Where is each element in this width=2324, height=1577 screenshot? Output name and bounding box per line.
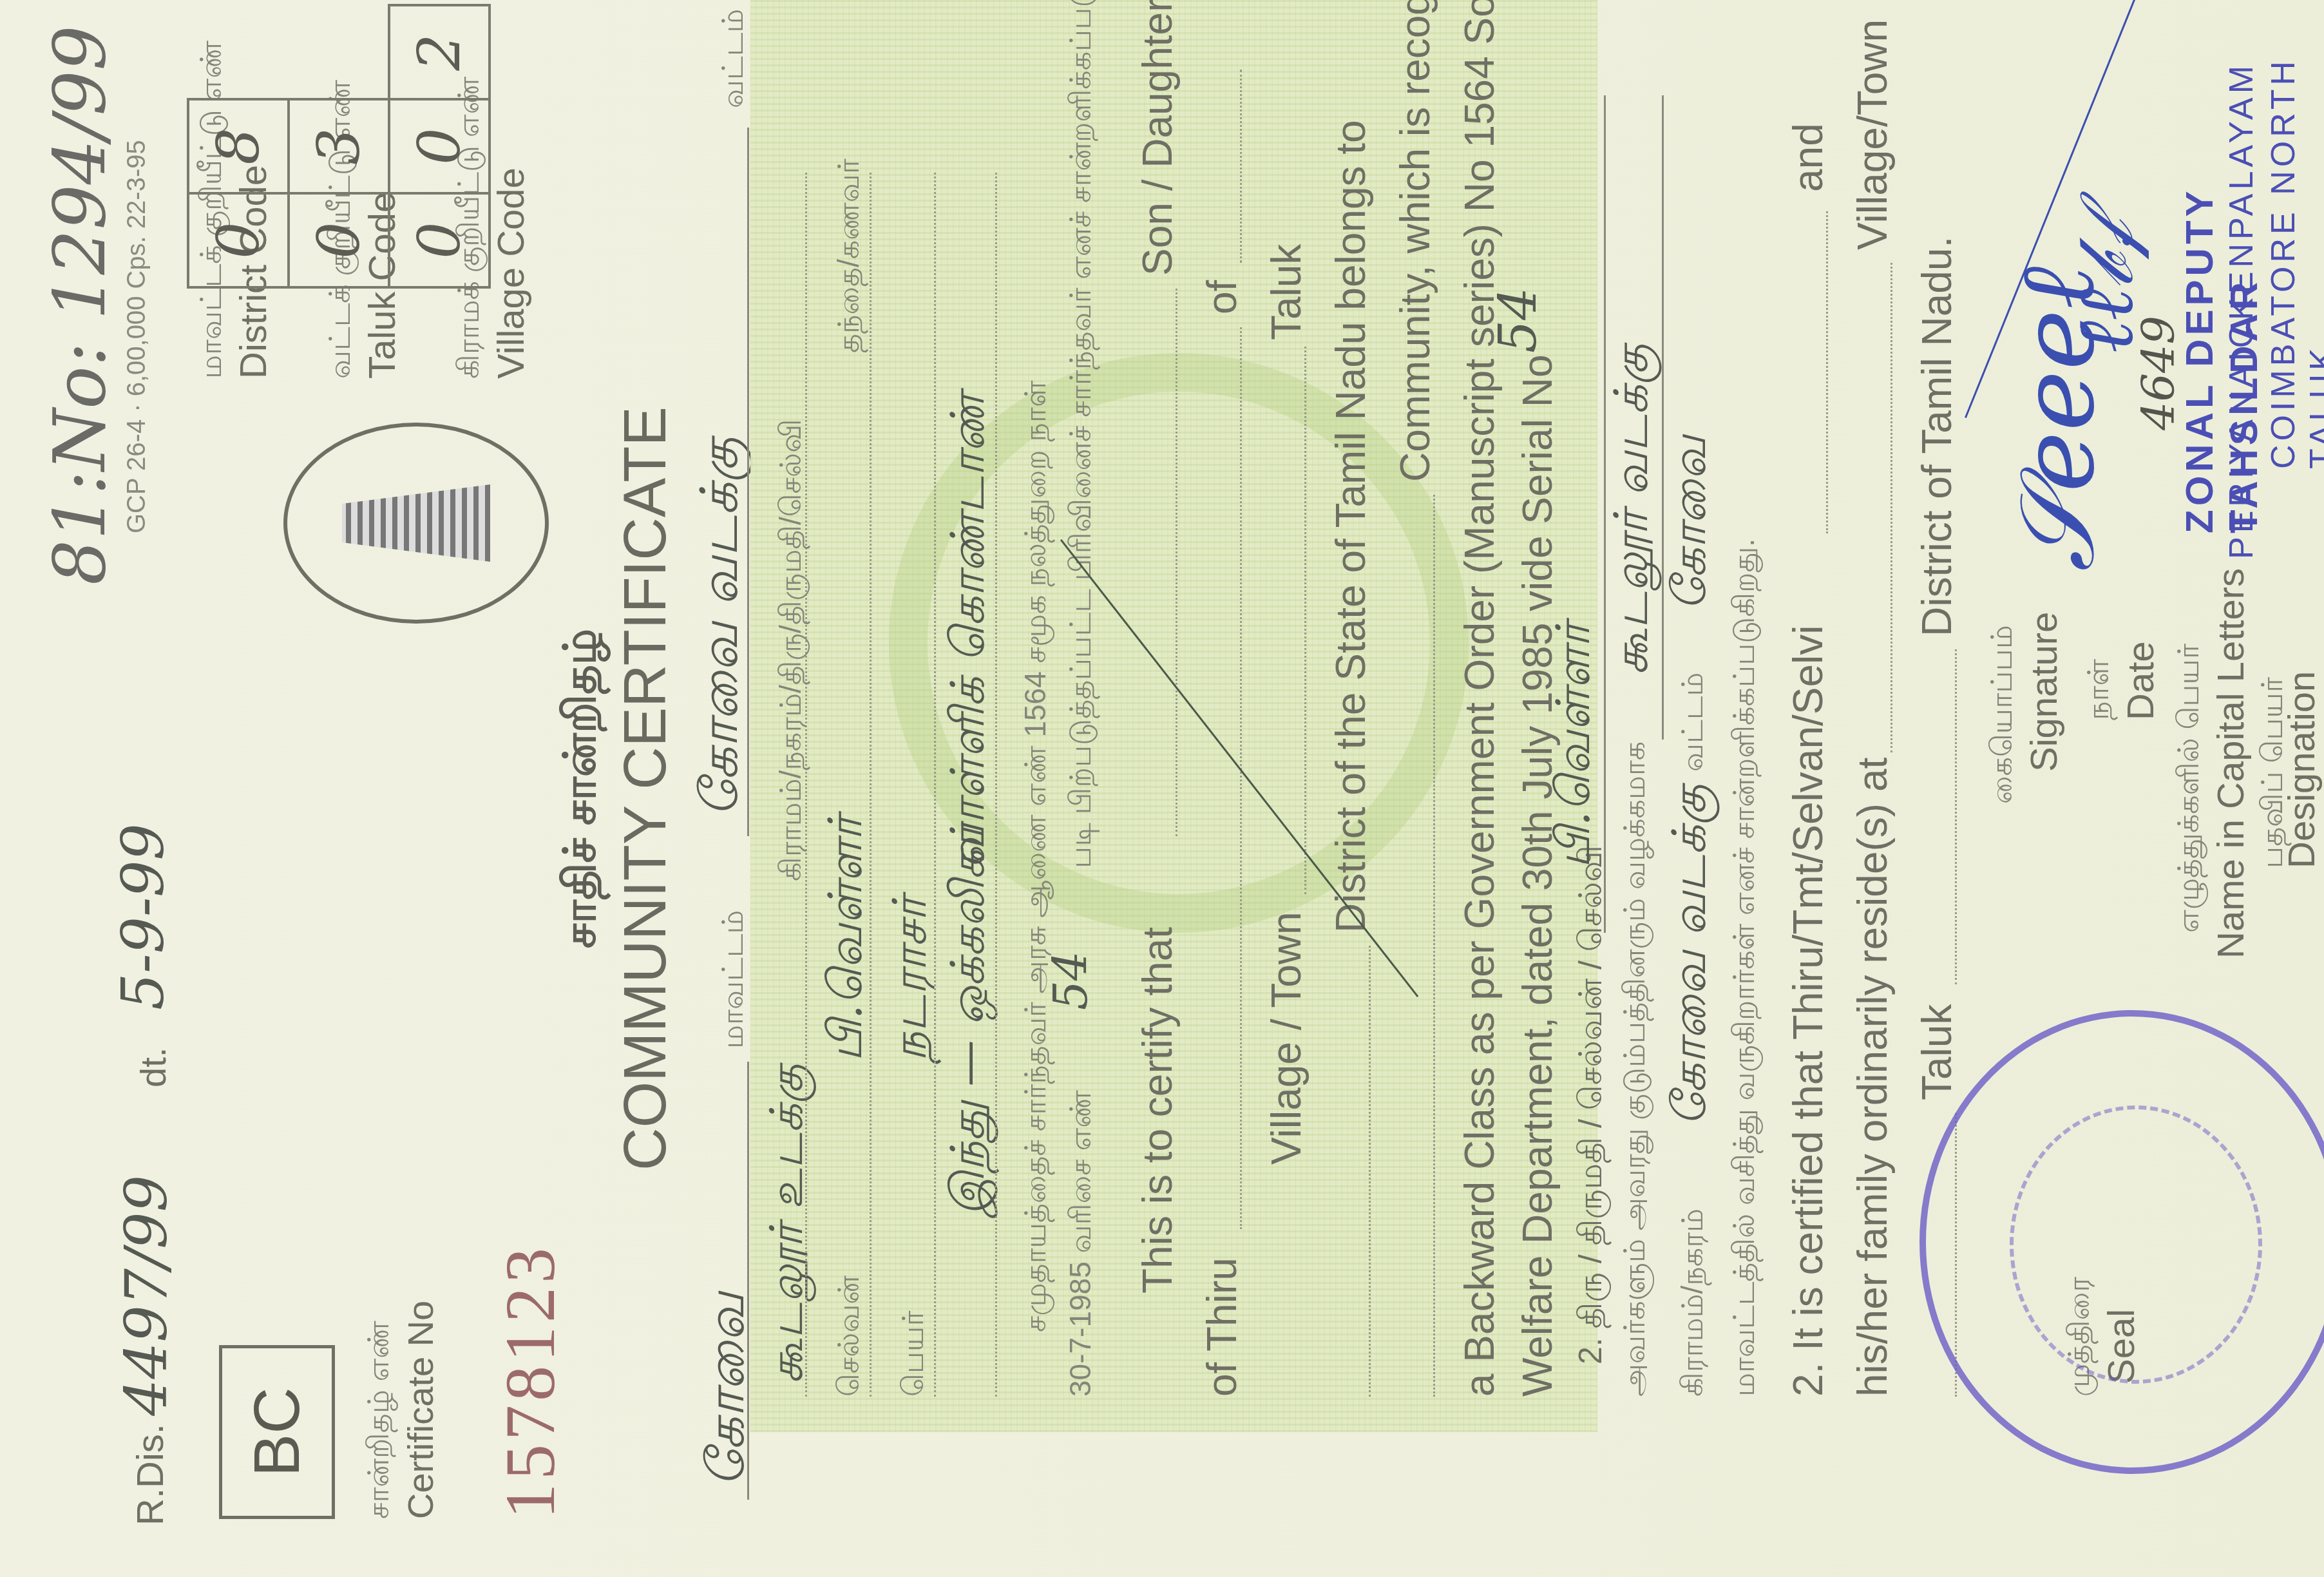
- name-label-ta: எழுத்துக்களில் பெயர்: [2171, 644, 2210, 933]
- village-code-digit-2: 0: [388, 98, 491, 195]
- tamil2-line2-label: அவர்களும் அவரது குடும்பத்தினரும் வழக்கமா…: [1617, 741, 1656, 1397]
- field-line: [1662, 95, 1664, 740]
- english-community-line: Community, which is recognised as: [1391, 0, 1439, 482]
- stamp-line-3: COIMBATORE NORTH TALUK: [2264, 0, 2324, 469]
- english2-district: District of Tamil Nadu.: [1913, 236, 1961, 636]
- english-of: of: [1198, 280, 1246, 314]
- english2-and: and: [1784, 123, 1832, 192]
- print-line: GCP 26-4 · 6,00,000 Cps. 22-3-95: [122, 140, 151, 533]
- handwritten-reference-number: 81:No: 1294/99: [39, 25, 121, 585]
- tamil-village-label: கிராமம்/நகரம்/திரு/திருமதி/செல்வி: [773, 419, 812, 882]
- english-welfare-line: Welfare Department, dated 30th July 1985…: [1514, 355, 1561, 1397]
- tamil-name-label: பெயர்: [895, 1310, 935, 1397]
- tamil2-line1-label: 2. திரு / திருமதி / செல்வன் / செல்வி: [1572, 845, 1614, 1364]
- tamil2-name-hand: பி.வெள்ளர்: [1546, 623, 1606, 868]
- tamil2-line4: மாவட்டத்தில் வசித்து வருகிறார்கள் எனச் ச…: [1726, 539, 1766, 1397]
- tamil-village-hand: கூடலூர் உடக்கு: [760, 1064, 819, 1384]
- certificate-no-label-en: Certificate No: [399, 1301, 441, 1519]
- field-line: [870, 173, 871, 1397]
- tamil2-taluk-label: வட்டம்: [1675, 673, 1714, 772]
- english-taluk: Taluk: [1262, 244, 1310, 340]
- tamil-selvan-label: செல்வன்: [831, 1276, 870, 1397]
- field-line: [747, 128, 749, 836]
- english2-line1: 2. It is certified that Thiru/Tmt/Selvan…: [1784, 626, 1832, 1397]
- field-line: [1176, 289, 1177, 836]
- field-line: [1955, 649, 1957, 984]
- tamil2-taluk-hand: கோவை வடக்கு: [1662, 784, 1722, 1126]
- tamil-para1-date: 30-7-1985 வரிசை எண்: [1063, 1090, 1102, 1397]
- tamil2-village-hand: கூடலூர் வடக்கு: [1604, 344, 1664, 675]
- tamil-caste-hand: வாள்ளிக் கொண்டாண்: [940, 393, 1001, 868]
- title-english: COMMUNITY CERTIFICATE: [612, 0, 680, 1577]
- field-line: [1433, 495, 1435, 1397]
- signature-label-en: Signature: [2023, 612, 2066, 772]
- certificate-no-label-ta: சான்றிதழ் எண்: [361, 1321, 400, 1519]
- tamil-father-label: தந்தை/கணவர்: [831, 158, 870, 353]
- field-line: [1240, 70, 1242, 263]
- tamil-community-hand: இந்து — ஒக்கலிகர்: [940, 826, 1001, 1216]
- tamil-para1-end: படி பிற்படுத்தப்பட்ட பிரிவினைச் சார்ந்தவ…: [1063, 0, 1102, 868]
- field-line: [747, 1062, 749, 1500]
- tamil2-line3-label: கிராமம்/நகரம்: [1675, 1209, 1714, 1397]
- english-village-town: Village / Town: [1262, 912, 1310, 1165]
- r-dis-label: R.Dis.: [129, 1424, 172, 1525]
- village-code-digit-3: 2: [388, 4, 491, 100]
- field-line: [1369, 946, 1371, 1397]
- seal-inner-ring: [2010, 1105, 2262, 1384]
- temple-tower-icon: [342, 484, 490, 562]
- field-line: [934, 173, 936, 1397]
- district-code-digit-1: 0: [187, 192, 290, 289]
- r-dis-value: 4497/99: [113, 1175, 180, 1416]
- title-tamil: சாதிச் சான்றிதழ்: [554, 0, 612, 1577]
- taluk-code-digit-1: 0: [287, 192, 390, 289]
- field-line: [1826, 211, 1828, 533]
- designation-label-en: Designation: [2280, 671, 2323, 868]
- english2-line2: his/her family ordinarily reside(s) at: [1849, 758, 1896, 1397]
- english-district-line: District of the State of Tamil Nadu belo…: [1327, 120, 1375, 933]
- field-line: [1891, 263, 1892, 752]
- signature-label-ta: கையொப்பம்: [1984, 625, 2023, 804]
- english-of-thiru: of Thiru: [1198, 1257, 1246, 1397]
- english-serial-hand: 54: [1488, 287, 1548, 353]
- tamil-nadu-emblem-icon: [283, 423, 549, 624]
- tamil-serial-hand: 54: [1043, 951, 1098, 1010]
- field-line: [995, 173, 997, 1397]
- date-label-en: Date: [2119, 641, 2162, 720]
- tamil-taluk-suffix: வட்டம்: [715, 9, 754, 108]
- village-code-label-en: Village Code: [490, 167, 533, 379]
- name-label-en: Name in Capital Letters: [2209, 568, 2253, 959]
- district-code-digit-2: 8: [187, 98, 290, 195]
- tamil2-district-hand: கோவை: [1662, 435, 1722, 611]
- r-dis-date: 5-9-99: [110, 823, 177, 1010]
- taluk-code-digit-2: 3: [287, 98, 390, 195]
- english-backward-class-line: a Backward Class as per Government Order…: [1456, 0, 1503, 1397]
- field-line: [1240, 327, 1242, 1229]
- category-badge: BC: [219, 1345, 335, 1519]
- stamp-line-2: PERIYANAICKENPALAYAM: [2222, 62, 2261, 559]
- english-son-daughter: Son / Daughter: [1134, 0, 1181, 276]
- village-code-digit-1: 0: [388, 192, 491, 289]
- handwritten-number: 4649: [2132, 316, 2185, 430]
- english-certify-line: This is to certify that: [1134, 927, 1181, 1294]
- field-line: [1304, 347, 1306, 894]
- community-certificate-page: 81:No: 1294/99 GCP 26-4 · 6,00,000 Cps. …: [0, 0, 2324, 1577]
- dated-label: dt.: [132, 1047, 174, 1087]
- tamil-taluk-hand: கோவை வடக்கு: [689, 437, 756, 817]
- english2-taluk: Taluk: [1913, 1004, 1961, 1100]
- tamil-para1: சமுதாயத்தைச் சார்ந்தவர் அரசு ஆணை எண் 156…: [1018, 381, 1057, 1332]
- date-label-ta: நாள்: [2081, 659, 2120, 720]
- english2-village-town: Village/Town: [1849, 19, 1896, 250]
- tamil-district-label: மாவட்டம்: [715, 910, 754, 1049]
